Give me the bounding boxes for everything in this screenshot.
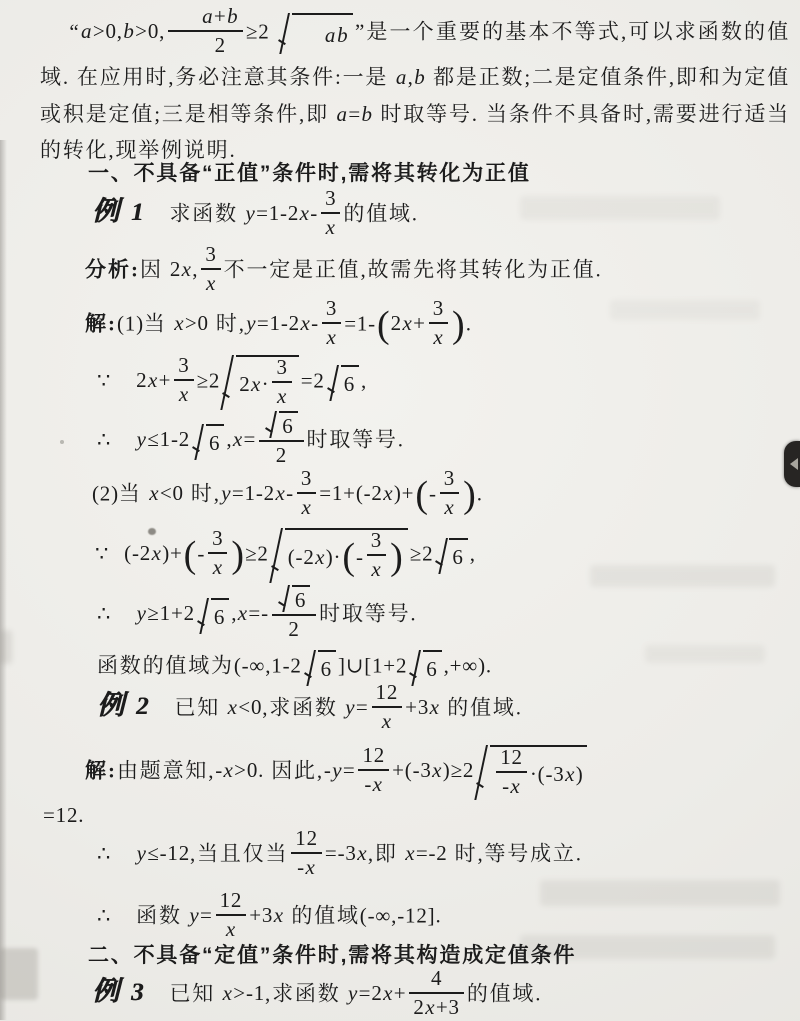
bleedthrough-smudge: [540, 880, 780, 906]
example-label: 例2: [97, 685, 149, 726]
ink-speck: [60, 440, 64, 444]
radical: ab: [279, 13, 353, 54]
clip-notch-icon: [790, 458, 798, 470]
scanned-textbook-page: “a>0,b>0,a+b2≥2 ab”是一个重要的基本不等式,可以求函数的值域.…: [0, 0, 800, 1021]
fraction: 3x: [429, 297, 448, 348]
big-paren: (: [184, 534, 197, 576]
bleedthrough-smudge: [610, 300, 760, 320]
solution-1-case1: 解:(1)当 x>0 时,y=1-2x-3x=1-(2x+3x).: [85, 300, 472, 351]
radical-sign-icon: [266, 411, 279, 438]
solution-2-line2: =12.: [43, 800, 84, 832]
radical: 6: [279, 585, 310, 612]
example-1: 例1求函数 y=1-2x-3x的值域.: [92, 190, 419, 241]
big-paren: (: [415, 474, 428, 516]
fraction: 12-x: [291, 827, 322, 878]
fraction: 12x: [216, 889, 247, 940]
page-edge-mark: [0, 948, 38, 1000]
big-paren: ): [390, 542, 403, 572]
fraction: 3x: [272, 356, 291, 407]
solution-1-case2: (2)当 x<0 时,y=1-2x-3x=1+(-2x)+(-3x).: [92, 470, 483, 521]
radical: 6: [328, 365, 359, 401]
bleedthrough-smudge: [645, 645, 765, 663]
radical-sign-icon: [279, 585, 292, 612]
radical: 2x·3x: [223, 355, 299, 410]
fraction: 3x: [321, 187, 340, 238]
radical-sign-icon: [436, 538, 449, 574]
fraction: 42x+3: [409, 967, 463, 1018]
radical-sign-icon: [477, 745, 490, 800]
big-paren: ): [231, 534, 244, 576]
fraction: 62: [259, 411, 303, 466]
radical: (-2x)·(-3x): [272, 528, 408, 583]
radical-sign-icon: [223, 355, 236, 410]
fraction: 12x: [372, 681, 403, 732]
radical: 6: [198, 598, 229, 634]
therefore-1: ∴y≤1-26,x=62时取等号.: [97, 414, 405, 469]
radical-sign-icon: [305, 650, 318, 686]
fraction: 3x: [440, 467, 459, 518]
range-result-1: 函数的值域为(-∞,1-26]∪[1+26,+∞).: [97, 650, 492, 686]
radical: 6: [266, 411, 297, 438]
page-edge-clip: [784, 441, 800, 487]
analysis-1: 分析:因 2x,3x不一定是正值,故需先将其转化为正值.: [85, 246, 603, 297]
therefore-3: ∴y≤-12,当且仅当12-x=-3x,即 x=-2 时,等号成立.: [97, 830, 583, 881]
fraction: 3x: [201, 243, 220, 294]
intro-paragraph: “a>0,b>0,a+b2≥2 ab”是一个重要的基本不等式,可以求函数的值域.…: [40, 8, 790, 169]
example-label: 例1: [92, 191, 144, 232]
radical-sign-icon: [198, 598, 211, 634]
big-paren: (: [342, 542, 355, 572]
fraction: 12-x: [496, 746, 527, 797]
fraction: 3x: [297, 467, 316, 518]
fraction: 62: [272, 585, 316, 640]
because-2: ∵(-2x)+(-3x)≥2(-2x)·(-3x)≥26,: [95, 528, 476, 583]
radical-sign-icon: [272, 528, 285, 583]
scan-left-edge-shadow: [0, 140, 7, 1020]
radical: 6: [436, 538, 467, 574]
big-paren: ): [463, 474, 476, 516]
radical: 6: [193, 424, 224, 460]
big-paren: (: [377, 304, 390, 346]
fraction: 12-x: [358, 744, 389, 795]
therefore-2: ∴y≥1+26,x=-62时取等号.: [97, 588, 417, 643]
example-label: 例3: [92, 971, 144, 1012]
section-heading-1: 一、不具备“正值”条件时,需将其转化为正值: [88, 158, 531, 190]
example-3: 例3已知 x>-1,求函数 y=2x+42x+3的值域.: [92, 970, 542, 1021]
example-2: 例2已知 x<0,求函数 y=12x+3x 的值域.: [97, 684, 523, 735]
because-1: ∵2x+3x≥22x·3x=26,: [97, 355, 367, 410]
therefore-4: ∴函数 y=12x+3x 的值域(-∞,-12].: [97, 892, 442, 943]
radical: 6: [410, 650, 441, 686]
page-edge-mark: [0, 630, 12, 664]
bleedthrough-smudge: [520, 196, 720, 220]
bleedthrough-smudge: [590, 565, 775, 587]
radical-sign-icon: [279, 13, 292, 54]
radical-sign-icon: [193, 424, 206, 460]
radical: 6: [305, 650, 336, 686]
radical-sign-icon: [328, 365, 341, 401]
fraction: 3x: [174, 354, 193, 405]
solution-2-line1: 解:由题意知,-x>0. 因此,-y=12-x+(-3x)≥212-x·(-3x…: [85, 745, 589, 800]
fraction: 3x: [322, 297, 341, 348]
big-paren: ): [452, 304, 465, 346]
fraction: a+b2: [168, 5, 243, 56]
radical: 12-x·(-3x): [477, 745, 587, 800]
section-heading-2: 二、不具备“定值”条件时,需将其构造成定值条件: [88, 940, 576, 972]
radical-sign-icon: [410, 650, 423, 686]
fraction: 3x: [208, 527, 227, 578]
fraction: 3x: [367, 529, 386, 580]
